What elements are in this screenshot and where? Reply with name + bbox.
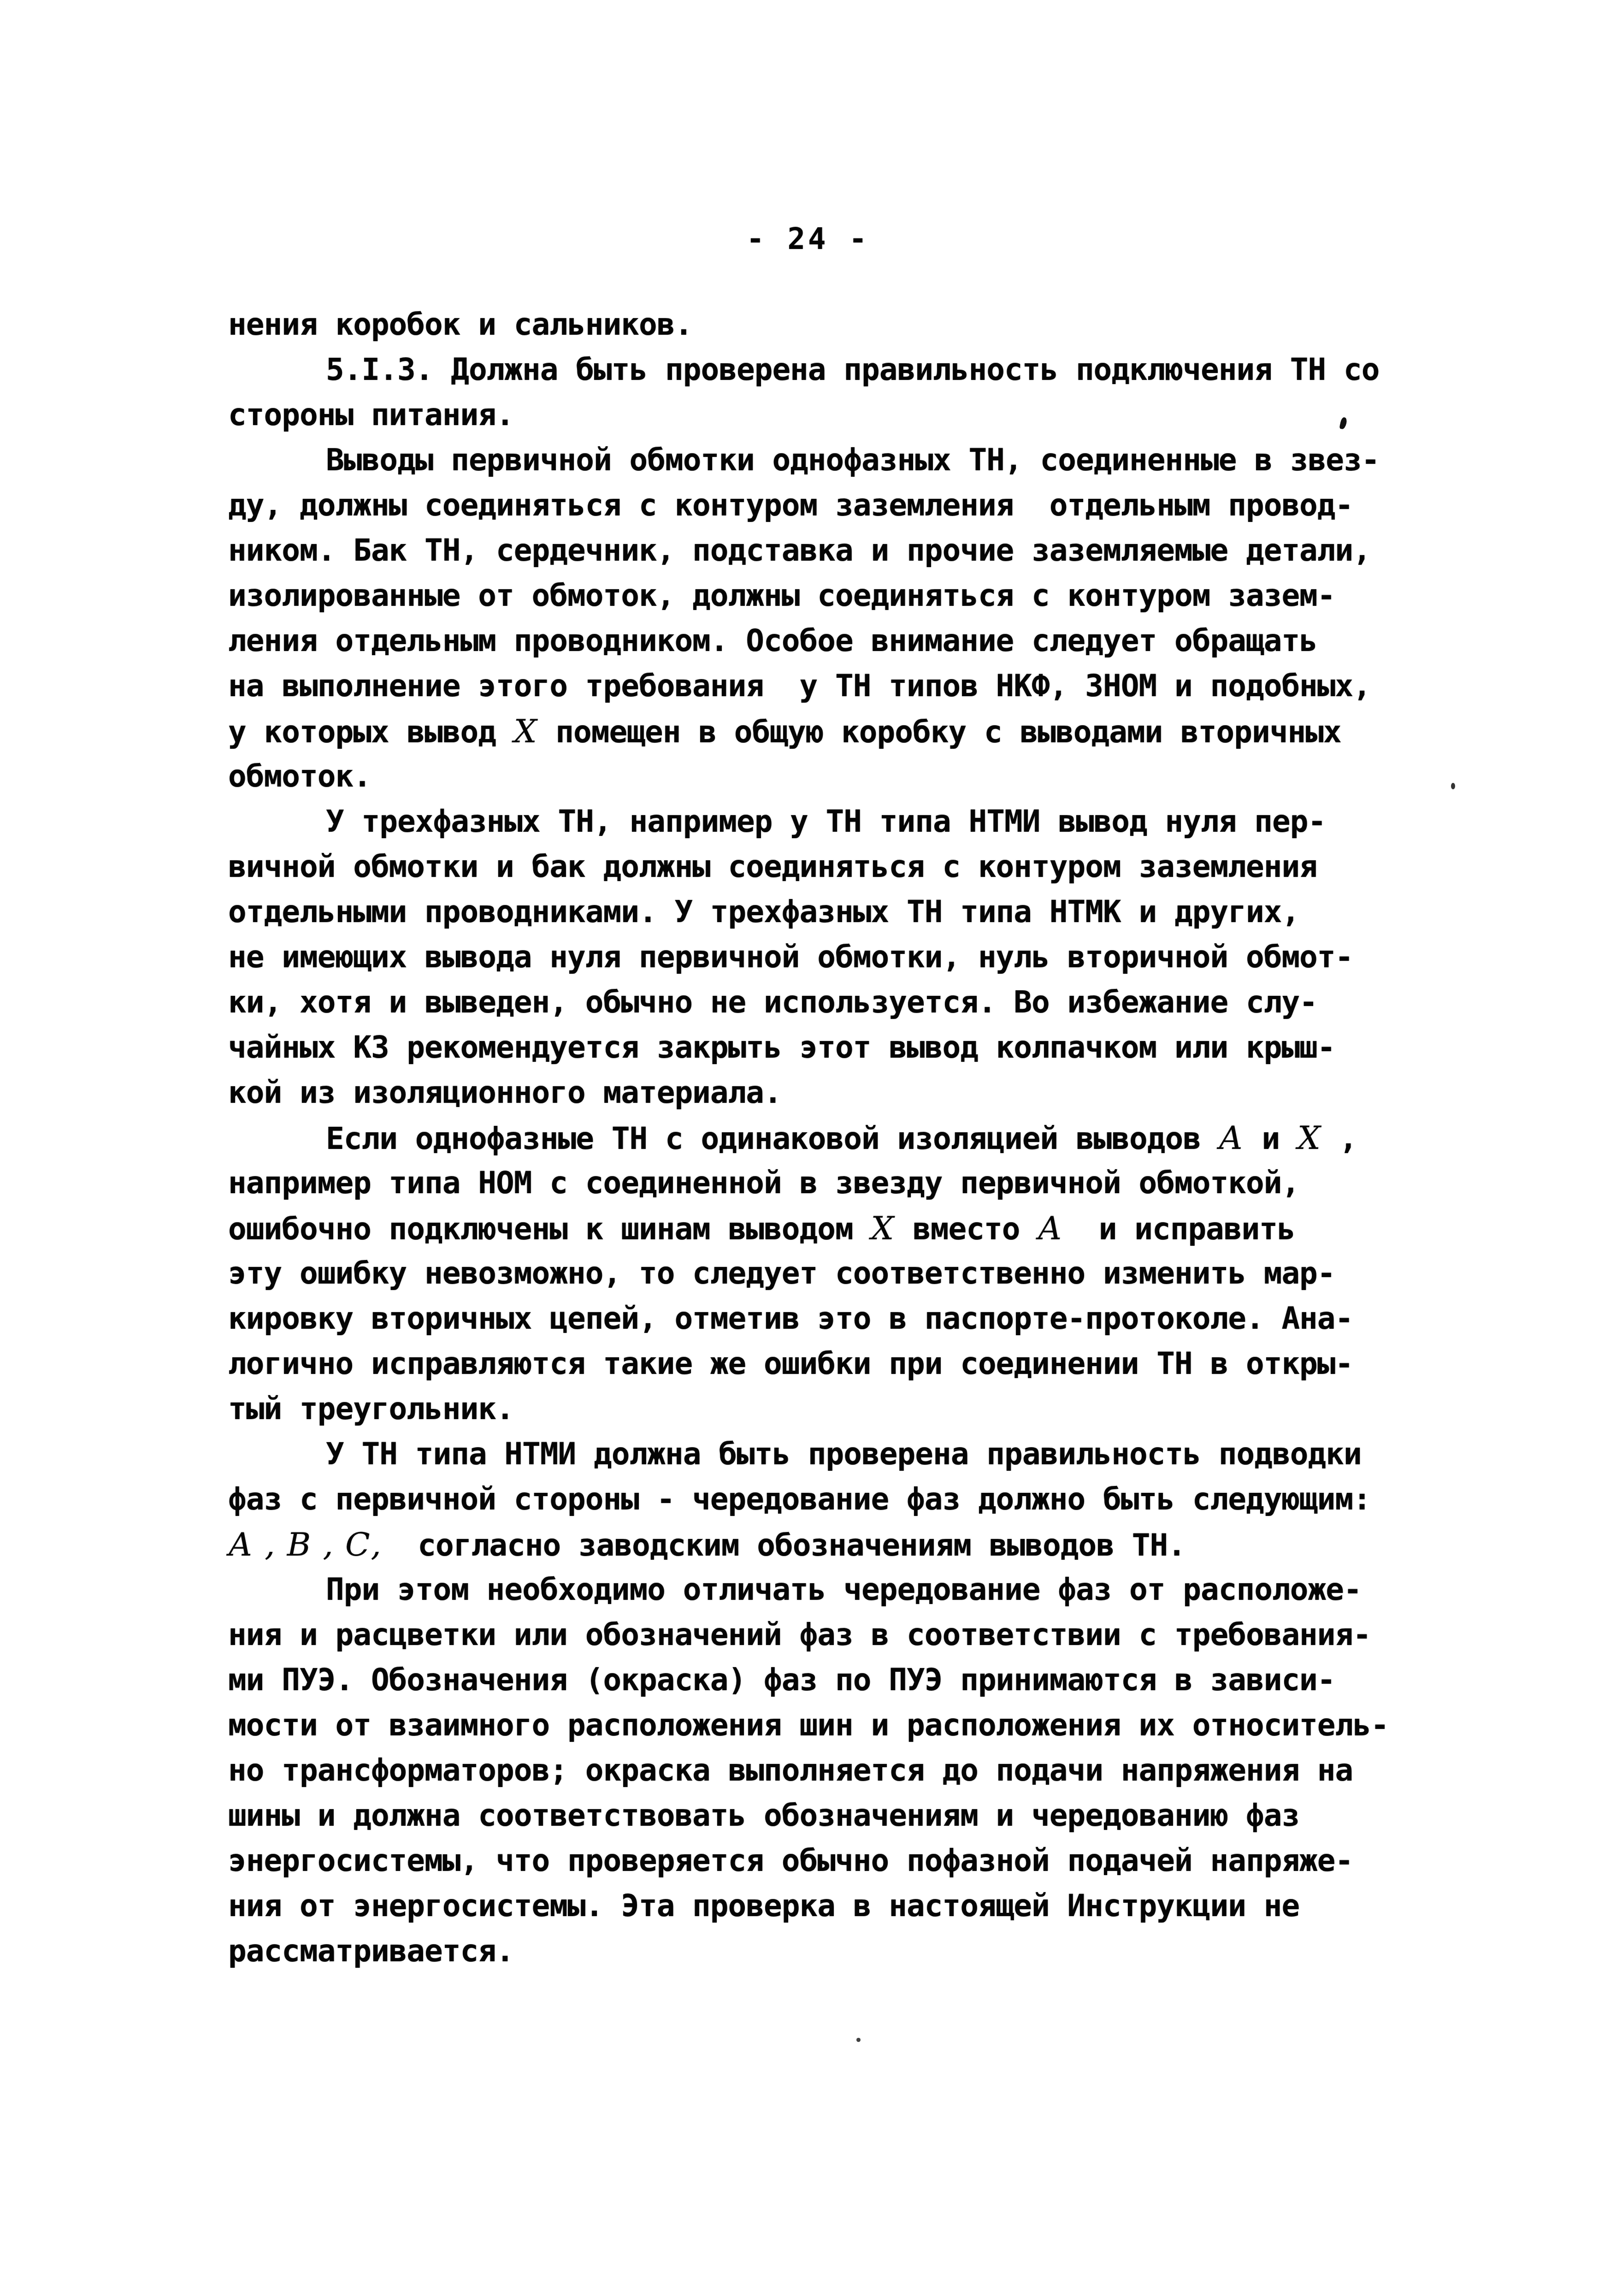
text-line: стороны питания.: [228, 392, 1463, 438]
text-segment: и исправить: [1063, 1211, 1295, 1247]
text-line: энергосистемы, что проверяется обычно по…: [228, 1838, 1463, 1883]
text-line: ми ПУЭ. Обозначения (окраска) фаз по ПУЭ…: [228, 1657, 1463, 1703]
text-line: Выводы первичной обмотки однофазных ТН, …: [228, 438, 1463, 483]
text-segment: согласно заводским обозначениям выводов …: [382, 1527, 1185, 1563]
phase-letter-italic: А: [1219, 1119, 1244, 1157]
text-segment: Если однофазные ТН с одинаковой изоляцие…: [326, 1121, 1219, 1156]
text-segment: и: [1244, 1121, 1298, 1156]
text-line: ления отдельным проводником. Особое вним…: [228, 618, 1463, 663]
phase-letter-italic: X: [514, 712, 538, 750]
text-segment: ошибочно подключены к шинам выводом: [228, 1211, 871, 1247]
text-segment: помещен в общую коробку с выводами втори…: [538, 714, 1341, 750]
text-line: ником. Бак ТН, сердечник, подставка и пр…: [228, 528, 1463, 573]
text-line: шины и должна соответствовать обозначени…: [228, 1793, 1463, 1838]
page-number: - 24 -: [0, 222, 1616, 256]
text-line: ду, должны соединяться с контуром заземл…: [228, 483, 1463, 528]
text-line: тый треугольник.: [228, 1386, 1463, 1432]
text-line: Если однофазные ТН с одинаковой изоляцие…: [228, 1115, 1463, 1160]
phase-letter-italic: А: [1038, 1209, 1063, 1247]
text-line: мости от взаимного расположения шин и ра…: [228, 1703, 1463, 1748]
text-line: логично исправляются такие же ошибки при…: [228, 1341, 1463, 1386]
text-line: у которых вывод X помещен в общую коробк…: [228, 709, 1463, 754]
text-line: кировку вторичных цепей, отметив это в п…: [228, 1296, 1463, 1341]
text-segment: у которых вывод: [228, 714, 514, 750]
ink-speck: [1451, 783, 1455, 789]
text-line: фаз с первичной стороны - чередование фа…: [228, 1477, 1463, 1522]
scanned-document-page: - 24 - нения коробок и сальников. 5.I.3.…: [0, 0, 1616, 2296]
text-line: 5.I.3. Должна быть проверена правильност…: [228, 347, 1463, 392]
phase-letter-italic: Х: [1298, 1119, 1321, 1157]
text-line: изолированные от обмоток, должны соединя…: [228, 573, 1463, 618]
text-line: не имеющих вывода нуля первичной обмотки…: [228, 935, 1463, 980]
text-line: чайных КЗ рекомендуется закрыть этот выв…: [228, 1025, 1463, 1070]
document-text-block: нения коробок и сальников. 5.I.3. Должна…: [228, 302, 1463, 1974]
text-line: ки, хотя и выведен, обычно не использует…: [228, 980, 1463, 1025]
text-line: вичной обмотки и бак должны соединяться …: [228, 844, 1463, 889]
ink-speck: [856, 2038, 861, 2042]
text-line: А , В , С, согласно заводским обозначени…: [228, 1522, 1463, 1567]
phase-letter-italic: А , В , С,: [228, 1526, 382, 1563]
text-line: обмоток.: [228, 754, 1463, 799]
text-segment: вместо: [895, 1211, 1038, 1247]
text-line: например типа НОМ с соединенной в звезду…: [228, 1160, 1463, 1206]
text-line: У трехфазных ТН, например у ТН типа НТМИ…: [228, 799, 1463, 844]
text-line: рассматривается.: [228, 1929, 1463, 1974]
text-line: ошибочно подключены к шинам выводом Х вм…: [228, 1206, 1463, 1251]
text-line: отдельными проводниками. У трехфазных ТН…: [228, 889, 1463, 935]
text-line: кой из изоляционного материала.: [228, 1070, 1463, 1115]
text-line: эту ошибку невозможно, то следует соотве…: [228, 1251, 1463, 1296]
text-line: У ТН типа НТМИ должна быть проверена пра…: [228, 1432, 1463, 1477]
phase-letter-italic: Х: [871, 1209, 895, 1247]
text-segment: ,: [1321, 1121, 1357, 1156]
text-line: ния от энергосистемы. Эта проверка в нас…: [228, 1883, 1463, 1929]
text-line: ния и расцветки или обозначений фаз в со…: [228, 1612, 1463, 1657]
text-line: При этом необходимо отличать чередование…: [228, 1567, 1463, 1612]
text-line: нения коробок и сальников.: [228, 302, 1463, 347]
text-line: но трансформаторов; окраска выполняется …: [228, 1748, 1463, 1793]
text-line: на выполнение этого требования у ТН типо…: [228, 663, 1463, 709]
